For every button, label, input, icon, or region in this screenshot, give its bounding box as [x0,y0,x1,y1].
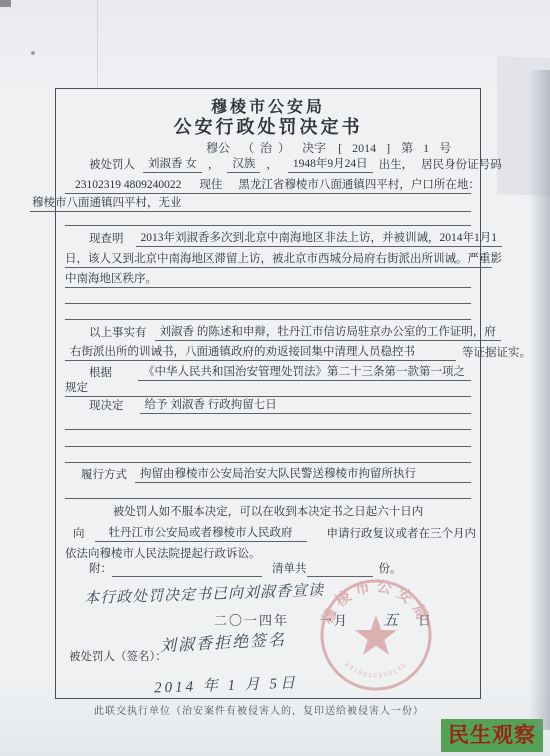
evidence-text-2: 右街派出所的训诫书，八面通镇政府的劝返接回集中清理人员稳控书 [65,346,420,361]
appeal-text-3: 依法向穆棱市人民法院提起行政诉讼。 [65,548,261,562]
person-info-line-1: 被处罚人 刘淑香 女 ， 汉族 ， 1948年9月24日 出生， 居民身份证号码 [65,153,471,173]
findings-text-2: 日，该人又到北京中南海地区滞留上访，被北京市西城分局府右街派出所训诫。严重影 [65,253,502,267]
appeal-text-1: 被处罚人如不服本决定，可以在收到本决定书之日起六十日内 [113,506,424,520]
findings-text-3: 中南海地区秩序。 [65,273,157,287]
handwritten-date-day: 五 [383,609,400,630]
appeal-text-2: 申请行政复议或者在三个月内 [327,528,477,542]
execution-label: 履行方式 [81,469,127,483]
legal-basis-line: 根据 《中华人民共和国治安管理处罚法》第二十三条第一款第一项之 [65,361,471,381]
id-label: 居民身份证号码 [421,159,502,173]
handwritten-signature-date: 2014 年 1 月 5日 [154,671,299,697]
blank-line [65,213,471,226]
execution-line: 履行方式 拘留由穆棱市公安局治安大队民警送穆棱市拘留所执行 [65,463,471,483]
evidence-suffix: 等证据证实。 [462,347,531,361]
document-title: 公安行政处罚决定书 [56,113,480,139]
scan-speck-artifact [31,51,35,55]
person-residence: 黑龙江省穆棱市八面通镇四平村，户口所在地： [238,179,480,193]
decision-date-line: 二〇一四年 一月 五 日 [214,609,433,625]
paper-fold-line [97,0,98,88]
decision-line: 现决定 给予 刘淑香 行政拘留七日 [65,396,471,414]
attachment-blank [112,576,262,577]
decision-text: 给予 刘淑香 行政拘留七日 [140,399,472,414]
findings-line-2: 日，该人又到北京中南海地区滞留上访，被北京市西城分局府右街派出所训诫。严重影 [65,247,492,268]
person-birth-date: 1948年9月24日 [288,158,373,173]
separator: ， [208,159,220,173]
legal-basis-text-2: 规定 [65,382,88,396]
execution-text: 拘留由穆棱市公安局治安大队民警送穆棱市拘留所执行 [135,468,471,483]
registered-residence: 穆棱市八面通镇四平村，无业 [32,197,182,211]
person-id-number: 23102319 4809240022 [75,179,181,193]
attachment-unit: 份。 [379,563,402,577]
blank-line [65,433,471,447]
minsheng-observer-watermark: 民生观察 [441,719,543,752]
appeal-line-1: 被处罚人如不服本决定，可以在收到本决定书之日起六十日内 [65,502,471,520]
scan-edge-shadow [529,70,550,730]
findings-line-3: 中南海地区秩序。 [65,267,471,288]
attachment-label: 附： [89,563,112,577]
blank-line [65,305,471,320]
blank-line [65,289,471,304]
findings-label: 现查明 [89,233,124,247]
findings-text-1: 2013年刘淑香多次到北京中南海地区非法上访，并被训诫，2014年1月1 [136,232,503,247]
legal-basis-line-2: 规定 [65,380,471,397]
signature-label: 被处罚人（签名）： [69,651,167,665]
findings-line-1: 现查明 2013年刘淑香多次到北京中南海地区非法上访，并被训诫，2014年1月1 [65,227,471,247]
attachment-line: 附： 清单共 份。 [65,561,471,577]
document-border-box: 穆棱市公安局 公安行政处罚决定书 穆公 （ 治 ） 决字 [ 2014 ] 第 … [55,88,481,699]
appeal-line-3: 依法向穆棱市人民法院提起行政诉讼。 [65,544,471,562]
birth-suffix: 出生， [379,159,414,173]
evidence-text-1: 刘淑香 的陈述和申辩，牡丹江市信访局驻京办公室的工作证明，府 [155,326,501,341]
signature-label-line: 被处罚人（签名）： [65,649,471,665]
appeal-to-label: 向 [73,528,85,542]
blank-line [65,449,471,463]
person-ethnicity: 汉族 [227,158,260,173]
blank-line [65,416,471,430]
legal-basis-text: 《中华人民共和国治安管理处罚法》第二十三条第一款第一项之 [138,366,471,381]
attachment-count-blank [307,576,373,577]
evidence-line-2: 右街派出所的训诫书，八面通镇政府的劝返接回集中清理人员稳控书 等证据证实。 [65,341,471,361]
appeal-org: 牡丹江市公安局或者穆棱市人民政府 [95,527,307,542]
person-name: 刘淑香 女 [143,158,202,173]
person-info-line-3: 穆棱市八面通镇四平村，无业 [30,193,471,212]
evidence-line-1: 以上事实有 刘淑香 的陈述和申辩，牡丹江市信访局驻京办公室的工作证明，府 [65,321,471,341]
date-day-suffix: 日 [418,610,433,629]
blank-line [65,485,471,499]
copy-distribution-note: 此联交执行单位（治安案件有被侵害人的，复印送给被侵害人一份） [94,702,424,717]
residence-label: 现住 [199,179,222,193]
evidence-label: 以上事实有 [89,327,147,341]
person-info-line-2: 23102319 4809240022 现住 黑龙江省穆棱市八面通镇四平村，户口… [65,173,471,194]
handwritten-read-note: 本行政处罚决定书已向刘淑香宣读 [84,579,325,608]
scanned-document-page: 穆棱市公安局 公安行政处罚决定书 穆公 （ 治 ） 决字 [ 2014 ] 第 … [0,0,550,756]
appeal-line-2: 向 牡丹江市公安局或者穆棱市人民政府 申请行政复议或者在三个月内 [65,522,471,542]
person-label: 被处罚人 [89,159,135,173]
separator: ， [266,159,278,173]
legal-basis-label: 根据 [89,367,112,381]
scan-corner-artifact [0,0,11,7]
date-month: 一月 [319,610,349,629]
attachment-list-label: 清单共 [272,563,307,577]
decision-label: 现决定 [89,400,124,414]
